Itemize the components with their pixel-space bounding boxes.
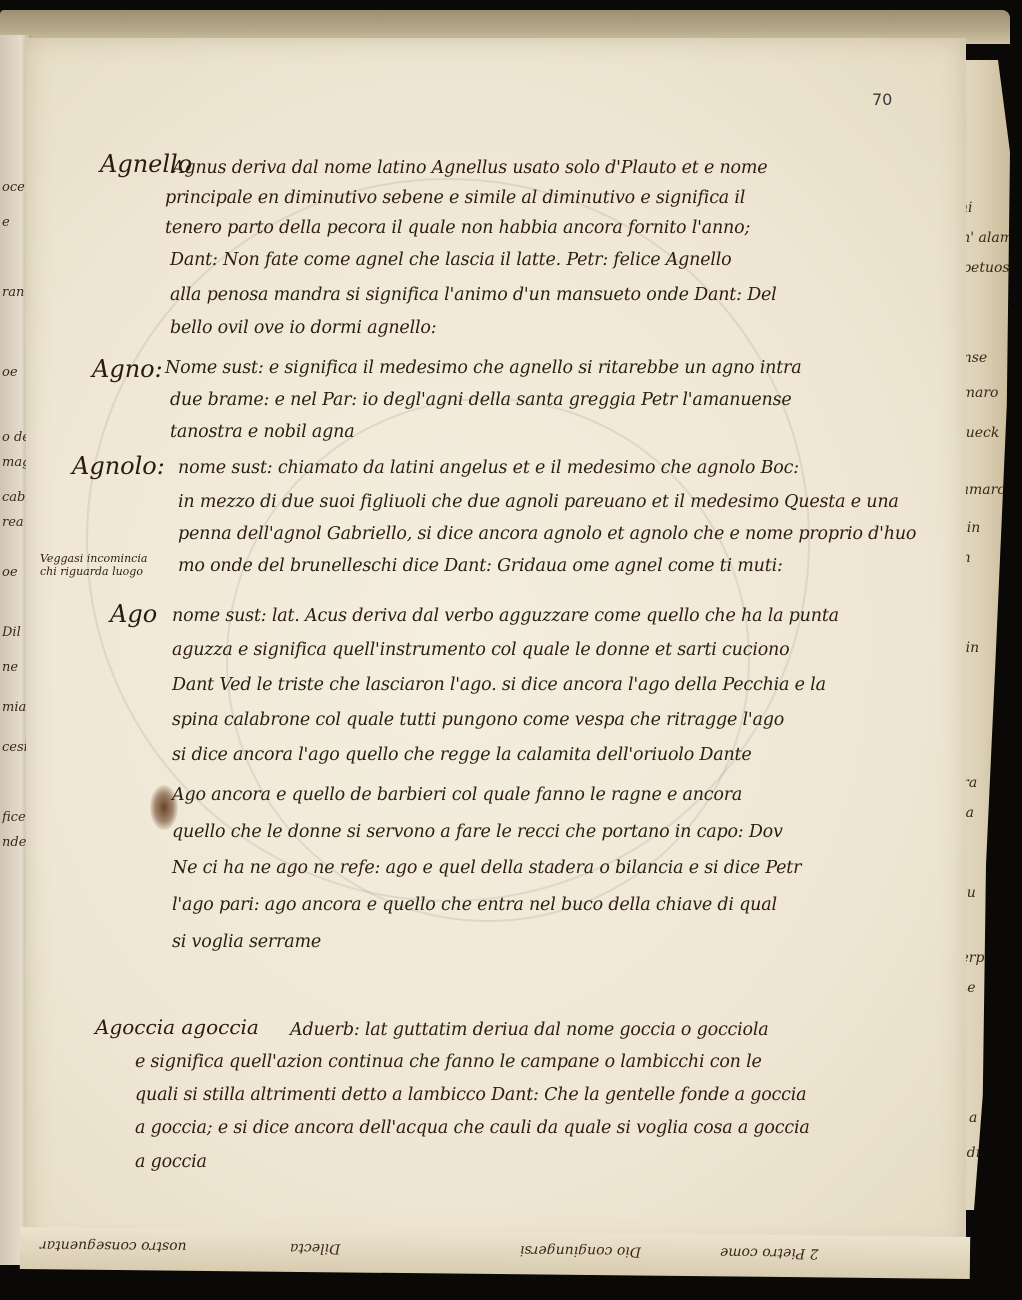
text-line: Dant: Non fate come agnel che lascia il … [170, 250, 732, 270]
text-line: Aduerb: lat guttatim deriua dal nome goc… [290, 1020, 769, 1040]
text-line: quello che le donne si servono a fare le… [172, 822, 783, 842]
text-line: due brame: e nel Par: io degl'agni della… [170, 390, 792, 410]
text-line: nome sust: lat. Acus deriva dal verbo ag… [172, 606, 839, 626]
text-line: principale en diminutivo sebene e simile… [165, 188, 745, 208]
text-line: aguzza e significa quell'instrumento col… [172, 640, 789, 660]
text-line: tanostra e nobil agna [170, 422, 354, 442]
bottom-bound-strip: uostro conseguentar Dilecta Dio congiung… [20, 1227, 970, 1279]
headword-ago: Ago [110, 600, 157, 628]
text-line: Ago ancora e quello de barbieri col qual… [172, 785, 742, 805]
bottom-fragment: uostro conseguentar [40, 1237, 187, 1255]
text-line: Nome sust: e significa il medesimo che a… [165, 358, 801, 378]
text-line: spina calabrone col quale tutti pungono … [172, 710, 784, 730]
text-line: Agnus deriva dal nome latino Agnellus us… [172, 158, 767, 178]
headword-agoccia: Agoccia agoccia [95, 1015, 259, 1039]
folio-number: 70 [872, 90, 892, 109]
text-line: in mezzo di due suoi figliuoli che due a… [178, 492, 899, 512]
headword-agnolo: Agnolo: [72, 452, 165, 480]
text-line: quali si stilla altrimenti detto a lambi… [135, 1085, 806, 1105]
text-line: Ne ci ha ne ago ne refe: ago e quel dell… [172, 858, 801, 878]
text-line: l'ago pari: ago ancora e quello che entr… [172, 895, 777, 915]
text-line: a goccia [135, 1152, 207, 1172]
margin-note: Veggasi incomincia chi riguarda luogo [40, 552, 147, 578]
text-line: alla penosa mandra si significa l'animo … [170, 285, 777, 305]
text-line: e significa quell'azion continua che fan… [135, 1052, 762, 1072]
text-line: nome sust: chiamato da latini angelus et… [178, 458, 799, 478]
headword-agno: Agno: [92, 355, 163, 383]
text-line: a goccia; e si dice ancora dell'acqua ch… [135, 1118, 810, 1138]
bottom-fragment: 2 Pietro come [720, 1244, 819, 1261]
text-line: Dant Ved le triste che lasciaron l'ago. … [172, 675, 826, 695]
text-line: si dice ancora l'ago quello che regge la… [172, 745, 752, 765]
text-line: si voglia serrame [172, 932, 321, 952]
text-line: bello ovil ove io dormi agnello: [170, 318, 436, 338]
text-line: penna dell'agnol Gabriello, si dice anco… [178, 524, 916, 544]
text-line: mo onde del brunelleschi dice Dant: Grid… [178, 556, 783, 576]
bottom-fragment: Dilecta [290, 1240, 340, 1257]
bottom-fragment: Dio congiungersi [520, 1242, 641, 1259]
text-line: tenero parto della pecora il quale non h… [165, 218, 750, 238]
